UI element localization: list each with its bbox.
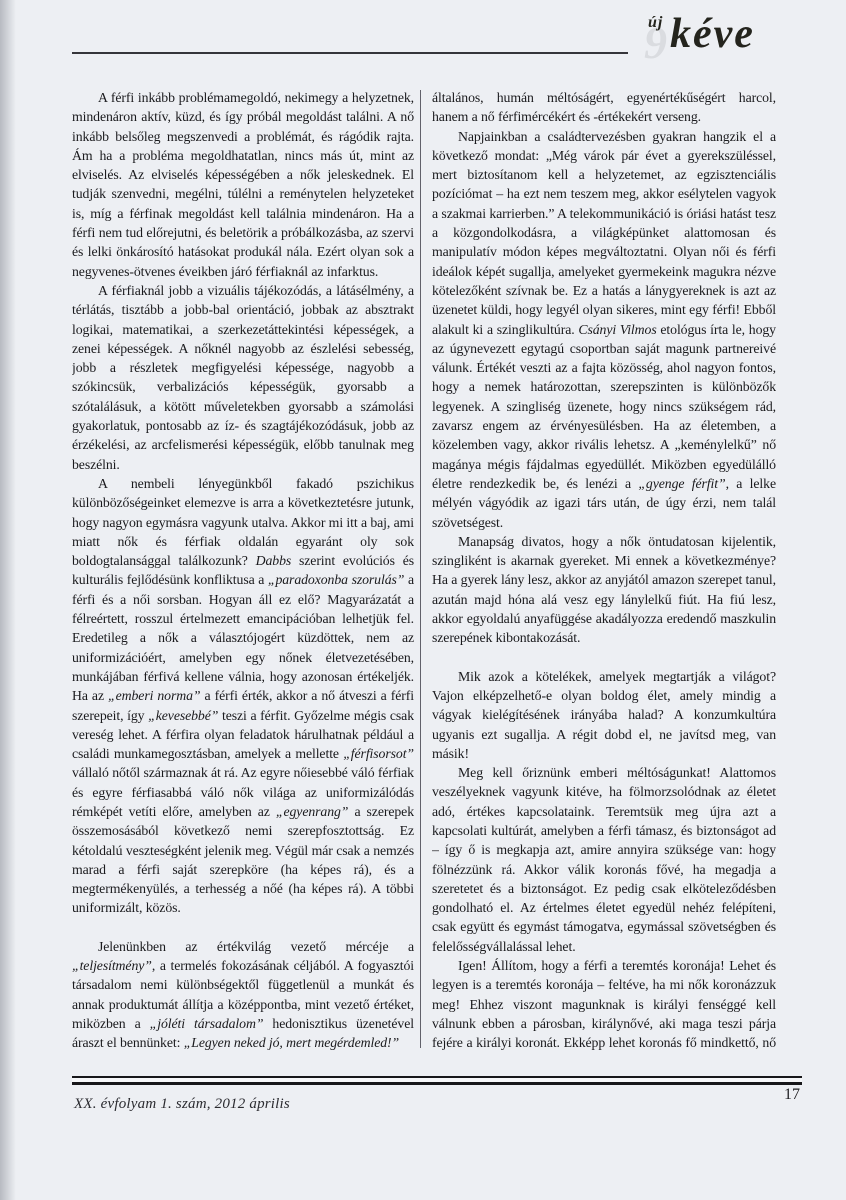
paragraph: Manapság divatos, hogy a nők öntudatosan…	[432, 532, 776, 648]
magazine-page: 9 új kéve A férfi inkább problémamegoldó…	[0, 0, 846, 1200]
body-text: általános, humán méltóságért, egyenérték…	[432, 90, 776, 124]
emphasized-text: „paradoxonba szorulás”	[268, 572, 404, 587]
emphasized-text: „jóléti társadalom”	[150, 1016, 264, 1031]
emphasized-text: „gyenge férfit”	[638, 476, 725, 491]
footer-rule	[72, 1076, 802, 1085]
body-text: Igen! Állítom, hogy a férfi a teremtés k…	[432, 958, 776, 1054]
paragraph: általános, humán méltóságért, egyenérték…	[432, 88, 776, 127]
body-text: Napjainkban a családtervezésben gyakran …	[432, 129, 776, 337]
header-rule	[72, 52, 628, 54]
article-body: A férfi inkább problémamegoldó, nekimegy…	[72, 88, 776, 1054]
emphasized-text: „teljesítmény”	[72, 958, 152, 973]
paragraph: Meg kell őriznünk emberi méltóságunkat! …	[432, 763, 776, 956]
body-text: Meg kell őriznünk emberi méltóságunkat! …	[432, 765, 776, 954]
paragraph: Jelenünkben az értékvilág vezető mércéje…	[72, 937, 414, 1053]
body-text: a szerepek összemosásából következő nemi…	[72, 804, 414, 915]
body-text: etológus írta le, hogy az úgynevezett eg…	[432, 322, 776, 491]
emphasized-text: Dabbs	[256, 553, 292, 568]
body-text: Jelenünkben az értékvilág vezető mércéje…	[98, 939, 414, 954]
column-divider	[420, 90, 421, 1048]
emphasized-text: Csányi Vilmos	[578, 322, 656, 337]
page-number: 17	[784, 1086, 800, 1104]
paragraph: Igen! Állítom, hogy a férfi a teremtés k…	[432, 956, 776, 1054]
paragraph: Napjainkban a családtervezésben gyakran …	[432, 127, 776, 532]
paragraph: A férfiaknál jobb a vizuális tájékozódás…	[72, 281, 414, 474]
paragraph: A férfi inkább problémamegoldó, nekimegy…	[72, 88, 414, 281]
paragraph: Mik azok a kötelékek, amelyek megtartják…	[432, 667, 776, 763]
emphasized-text: „egyenrang”	[276, 804, 348, 819]
paragraph: A nembeli lényegünkből fakadó pszichikus…	[72, 474, 414, 918]
footer-issue-label: XX. évfolyam 1. szám, 2012 április	[74, 1096, 290, 1113]
body-text: A férfiaknál jobb a vizuális tájékozódás…	[72, 283, 414, 472]
body-text: Mik azok a kötelékek, amelyek megtartják…	[432, 669, 776, 761]
left-column: A férfi inkább problémamegoldó, nekimegy…	[72, 88, 414, 1054]
masthead-word: kéve	[670, 10, 755, 58]
body-text: a férfi és a női sorsban. Hogyan áll ez …	[72, 572, 414, 703]
emphasized-text: „emberi norma”	[108, 688, 200, 703]
body-text: Manapság divatos, hogy a nők öntudatosan…	[432, 534, 776, 645]
scan-edge-shadow	[0, 0, 16, 1200]
emphasized-text: „férfisorsot”	[343, 746, 414, 761]
body-text: A férfi inkább problémamegoldó, nekimegy…	[72, 90, 414, 279]
masthead-logo: 9 új kéve	[626, 8, 806, 66]
emphasized-text: „Legyen neked jó, mert megérdemled!”	[184, 1035, 399, 1050]
emphasized-text: „kevesebbé”	[148, 708, 218, 723]
right-column: általános, humán méltóságért, egyenérték…	[432, 88, 776, 1054]
paragraph: „Harcolj, dolgozz, küzdj!” – szól a para…	[72, 1053, 414, 1054]
masthead-prefix: új	[648, 14, 663, 32]
